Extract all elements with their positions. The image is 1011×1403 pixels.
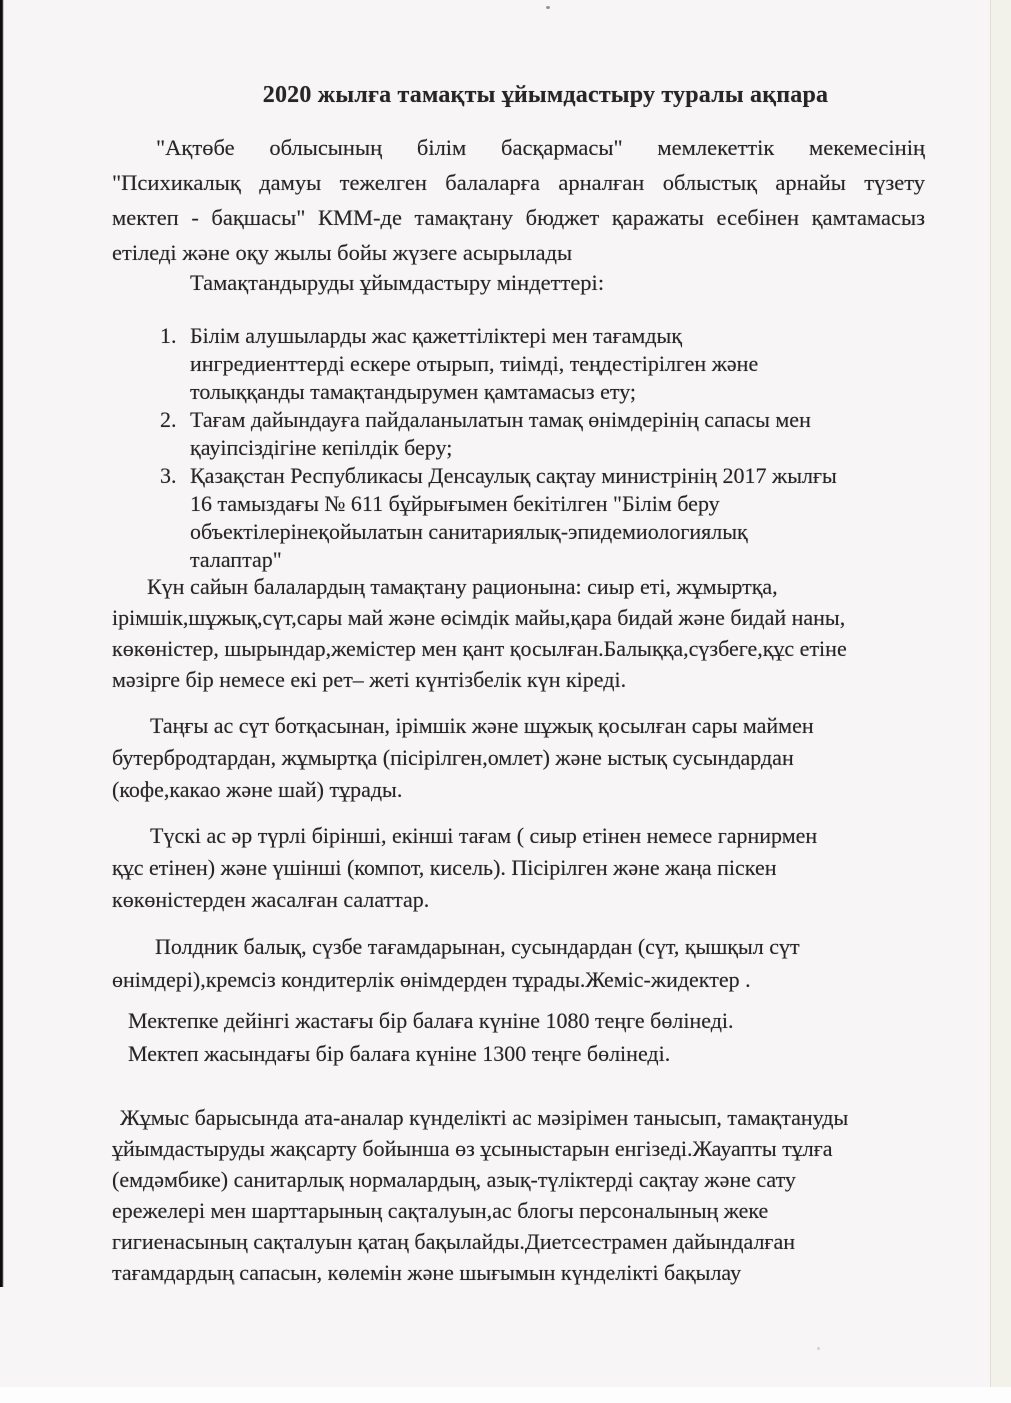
scan-speck [817,1347,820,1350]
scan-speck [232,1281,235,1285]
intro-paragraph: "Ақтөбе облысының білім басқармасы" мемл… [112,130,925,270]
daily-ration-paragraph: Күн сайын балалардың тамақтану рационына… [112,571,957,695]
allowance-paragraph: Мектепке дейінгі жастағы бір балаға күні… [112,1004,957,1070]
lunch-paragraph: Түскі ас әр түрлі бірінші, екінші тағам … [112,820,957,916]
scanned-document-page: 2020 жылға тамақты ұйымдастыру туралы ақ… [0,0,1011,1403]
tasks-heading: Тамақтандыруды ұйымдастыру міндеттері: [190,268,604,298]
tasks-list: 1. Білім алушыларды жас қажеттіліктері м… [160,322,940,574]
scan-bottom-edge-artifact [0,1387,1011,1403]
task-number: 2. [160,406,177,434]
breakfast-paragraph: Таңғы ас сүт ботқасынан, ірімшік және шұ… [112,710,957,806]
scan-speck [546,6,550,9]
scan-left-edge-artifact [0,0,4,1287]
task-number: 3. [160,462,177,490]
scan-right-margin-artifact [990,0,1011,1403]
task-item-1: 1. Білім алушыларды жас қажеттіліктері м… [160,322,940,406]
task-number: 1. [160,322,177,350]
task-text: Білім алушыларды жас қажеттіліктері мен … [190,322,940,406]
closing-paragraph: Жұмыс барысында ата-аналар күнделікті ас… [112,1102,957,1288]
task-item-3: 3. Қазақстан Республикасы Денсаулық сақт… [160,462,940,574]
task-text: Тағам дайындауға пайдаланылатын тамақ өн… [190,406,940,462]
snack-paragraph: Полдник балық, сүзбе тағамдарынан, сусын… [112,930,957,996]
document-title: 2020 жылға тамақты ұйымдастыру туралы ақ… [80,80,1011,110]
task-text: Қазақстан Республикасы Денсаулық сақтау … [190,462,940,574]
task-item-2: 2. Тағам дайындауға пайдаланылатын тамақ… [160,406,940,462]
